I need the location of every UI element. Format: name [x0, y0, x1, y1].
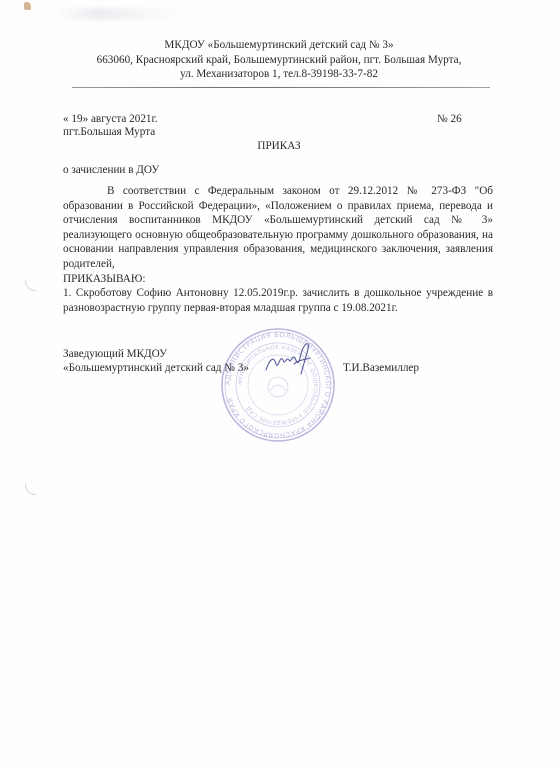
- letterhead-street-phone: ул. Механизаторов 1, тел.8-39198-33-7-82: [0, 67, 558, 81]
- corner-stain-mark: [24, 2, 31, 10]
- order-place: пгт.Большая Мурта: [63, 125, 155, 139]
- order-item: 1. Скроботову Софию Антоновну 12.05.2019…: [63, 286, 493, 315]
- letterhead-org-name: МКДОУ «Большемуртинский детский сад № 3»: [0, 38, 558, 52]
- document-page: МКДОУ «Большемуртинский детский сад № 3»…: [0, 0, 558, 768]
- order-number: № 26: [437, 112, 462, 126]
- signatory-organization: «Большемуртинский детский сад № 3»: [63, 361, 249, 375]
- punch-hole-mark: [25, 484, 36, 495]
- letterhead-address: 663060, Красноярский край, Большемуртинс…: [0, 53, 558, 67]
- handwritten-signature-icon: [264, 340, 314, 380]
- letterhead-divider: [72, 87, 490, 88]
- signatory-position: Заведующий МКДОУ: [63, 347, 167, 361]
- order-date: « 19» августа 2021г.: [63, 112, 158, 126]
- document-body: В соответствии с Федеральным законом от …: [63, 184, 493, 315]
- punch-hole-mark: [25, 280, 36, 291]
- document-subject: о зачислении в ДОУ: [63, 163, 159, 177]
- signatory-name: Т.И.Ваземиллер: [343, 361, 419, 375]
- order-directive: ПРИКАЗЫВАЮ:: [63, 272, 493, 287]
- body-paragraph: В соответствии с Федеральным законом от …: [63, 184, 493, 272]
- document-title: ПРИКАЗ: [0, 139, 558, 153]
- scan-smudge: [55, 8, 185, 20]
